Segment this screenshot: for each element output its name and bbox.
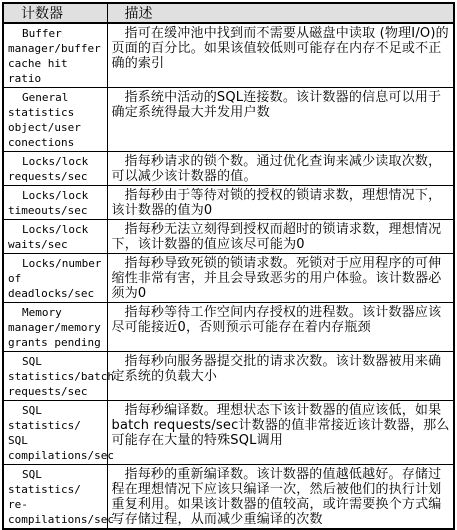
table-body: Buffer manager/buffer cache hit ratio 指可… — [3, 23, 454, 529]
table-row: Memory manager/memory grants pending 指每秒… — [3, 303, 454, 352]
table-header: 计数器 描述 — [3, 3, 454, 23]
description-column-header: 描述 — [107, 3, 454, 23]
table-row: Locks/lock requests/sec 指每秒请求的锁个数。通过优化查询… — [3, 152, 454, 186]
counter-description: 指每秒向服务器提交批的请求次数。该计数器被用来确定系统的负载大小 — [107, 352, 454, 401]
counter-description: 指每秒的重新编译数。该计数器的值越低越好。存储过程在理想情况下应该只编译一次，然… — [107, 465, 454, 530]
counter-name: Locks/lock timeouts/sec — [3, 186, 107, 220]
counter-name: SQL statistics/ re- compilations/sec — [3, 465, 107, 530]
table-row: SQL statistics/ re- compilations/sec 指每秒… — [3, 465, 454, 530]
counter-description: 指每秒等待工作空间内存授权的进程数。该计数器应该尽可能接近0，否则预示可能存在着… — [107, 303, 454, 352]
counter-name: Locks/number of deadlocks/sec — [3, 254, 107, 303]
counter-description: 指每秒编译数。理想状态下该计数器的值应该低，如果batch requests/s… — [107, 401, 454, 465]
counter-description: 指可在缓冲池中找到而不需要从磁盘中读取 (物理I/O)的页面的百分比。如果该值较… — [107, 23, 454, 88]
counter-column-header: 计数器 — [3, 3, 107, 23]
counter-description: 指每秒无法立刻得到授权而超时的锁请求数，理想情况下，该计数器的值应该尽可能为0 — [107, 220, 454, 254]
table-row: SQL statistics/batch requests/sec 指每秒向服务… — [3, 352, 454, 401]
table-row: Locks/lock waits/sec 指每秒无法立刻得到授权而超时的锁请求数… — [3, 220, 454, 254]
counter-description: 指系统中活动的SQL连接数。该计数器的信息可以用于确定系统得最大并发用户数 — [107, 88, 454, 152]
table-row: Locks/number of deadlocks/sec 指每秒导致死锁的锁请… — [3, 254, 454, 303]
header-row: 计数器 描述 — [3, 3, 454, 23]
counter-name: General statistics object/user conection… — [3, 88, 107, 152]
counter-description: 指每秒由于等待对锁的授权的锁请求数，理想情况下，该计数器的值为0 — [107, 186, 454, 220]
counter-name: Locks/lock requests/sec — [3, 152, 107, 186]
table-row: Buffer manager/buffer cache hit ratio 指可… — [3, 23, 454, 88]
counter-description: 指每秒导致死锁的锁请求数。死锁对于应用程序的可伸缩性非常有害，并且会导致恶劣的用… — [107, 254, 454, 303]
counter-description: 指每秒请求的锁个数。通过优化查询来减少读取次数，可以减少该计数器的值。 — [107, 152, 454, 186]
table-row: SQL statistics/ SQL compilations/sec 指每秒… — [3, 401, 454, 465]
table-row: Locks/lock timeouts/sec 指每秒由于等待对锁的授权的锁请求… — [3, 186, 454, 220]
counter-name: Buffer manager/buffer cache hit ratio — [3, 23, 107, 88]
counter-name: Memory manager/memory grants pending — [3, 303, 107, 352]
performance-counters-table: 计数器 描述 Buffer manager/buffer cache hit r… — [2, 2, 455, 530]
counter-name: SQL statistics/ SQL compilations/sec — [3, 401, 107, 465]
counter-name: Locks/lock waits/sec — [3, 220, 107, 254]
document-page: 计数器 描述 Buffer manager/buffer cache hit r… — [0, 0, 457, 450]
table-row: General statistics object/user conection… — [3, 88, 454, 152]
counter-name: SQL statistics/batch requests/sec — [3, 352, 107, 401]
